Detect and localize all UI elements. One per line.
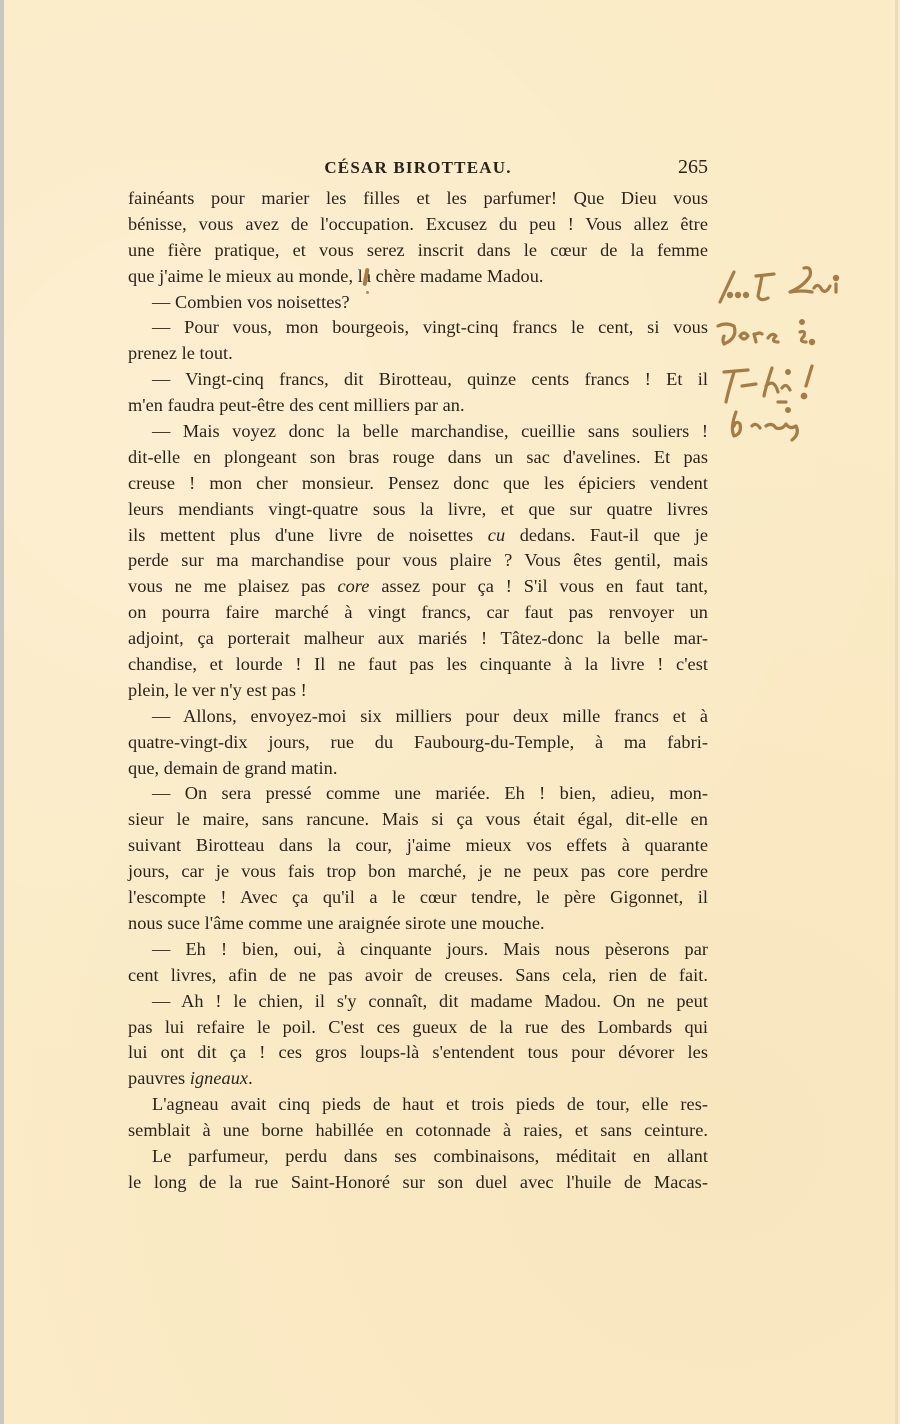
text-line: l'escompte ! Avec ça qu'il a le cœur ten… [128,885,708,911]
text-line: — Ah ! le chien, il s'y connaît, dit mad… [128,989,708,1015]
text-line: cent livres, afin de ne pas avoir de cre… [128,963,708,989]
handwritten-marginalia [712,262,862,442]
text-line: ils mettent plus d'une livre de noisette… [128,523,708,549]
ink-dot [366,291,369,294]
text-line: bénisse, vous avez de l'occupation. Excu… [128,212,708,238]
text-line: pas lui refaire le poil. C'est ces gueux… [128,1015,708,1041]
text-line: dit-elle en plongeant son bras rouge dan… [128,445,708,471]
text-line: creuse ! mon cher monsieur. Pensez donc … [128,471,708,497]
text-line: — Vingt-cinq francs, dit Birotteau, quin… [128,367,708,393]
text-line: pauvres igneaux. [128,1066,708,1092]
page-number: 265 [678,156,708,179]
scan-right-edge [895,0,898,1424]
text-segment: vous ne me plaisez pas [128,576,337,596]
text-segment: . [248,1068,253,1088]
text-line: — Pour vous, mon bourgeois, vingt-cinq f… [128,315,708,341]
text-line: semblait à une borne habillée en cotonna… [128,1118,708,1144]
text-line: — Eh ! bien, oui, à cinquante jours. Mai… [128,937,708,963]
text-segment: assez pour ça ! S'il vous en faut tant, [369,576,708,596]
italic-word: igneaux [190,1068,248,1088]
text-line: que j'aime le mieux au monde, la chère m… [128,264,708,290]
text-line: — Combien vos noisettes? [128,290,708,316]
running-head: CÉSAR BIROTTEAU. 265 [128,156,708,184]
text-segment: pauvres [128,1068,190,1088]
italic-word: cu [488,525,505,545]
text-line: perde sur ma marchandise pour vous plair… [128,548,708,574]
text-line: nous suce l'âme comme une araignée sirot… [128,911,708,937]
text-line: jours, car je vous fais trop bon marché,… [128,859,708,885]
text-line: que, demain de grand matin. [128,756,708,782]
handwriting-icon [712,262,862,442]
running-title: CÉSAR BIROTTEAU. [128,158,708,178]
text-line: suivant Birotteau dans la cour, j'aime m… [128,833,708,859]
text-line: leurs mendiants vingt-quatre sous la liv… [128,497,708,523]
italic-word: core [337,576,369,596]
text-line: quatre-vingt-dix jours, rue du Faubourg-… [128,730,708,756]
text-line: le long de la rue Saint-Honoré sur son d… [128,1170,708,1196]
text-line: L'agneau avait cinq pieds de haut et tro… [128,1092,708,1118]
text-line: on pourra faire marché à vingt francs, c… [128,600,708,626]
text-line: plein, le ver n'y est pas ! [128,678,708,704]
text-line: — Mais voyez donc la belle marchandise, … [128,419,708,445]
text-line: lui ont dit ça ! ces gros loups-là s'ent… [128,1040,708,1066]
text-line: Le parfumeur, perdu dans ses combinaison… [128,1144,708,1170]
text-line: — On sera pressé comme une mariée. Eh ! … [128,781,708,807]
text-line: fainéants pour marier les filles et les … [128,186,708,212]
text-line: une fière pratique, et vous serez inscri… [128,238,708,264]
text-segment: dedans. Faut-il que je [505,525,708,545]
text-line: prenez le tout. [128,341,708,367]
text-segment: ils mettent plus d'une livre de noisette… [128,525,488,545]
text-line: chandise, et lourde ! Il ne faut pas les… [128,652,708,678]
text-line: — Allons, envoyez-moi six milliers pour … [128,704,708,730]
text-line: adjoint, ça porterait malheur aux mariés… [128,626,708,652]
text-line: vous ne me plaisez pas core assez pour ç… [128,574,708,600]
text-line: m'en faudra peut-être des cent milliers … [128,393,708,419]
body-text: fainéants pour marier les filles et les … [128,186,708,1196]
text-line: sieur le maire, sans rancune. Mais si ça… [128,807,708,833]
